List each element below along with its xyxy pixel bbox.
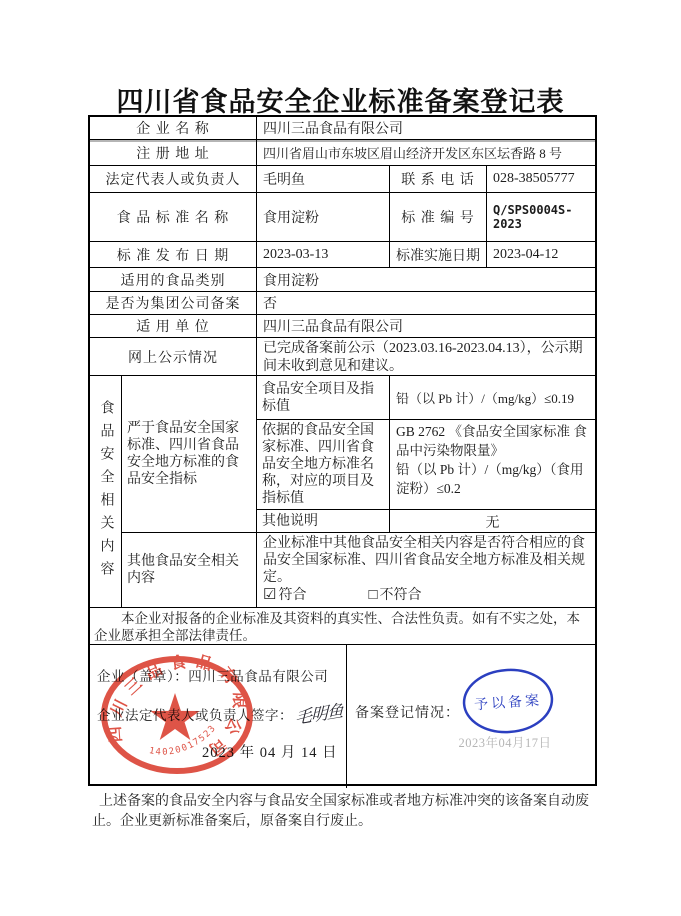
company-signoff-cell: 企业（盖章）：四川三品食品有限公司 企业法定代表人或负责人签字：毛明鱼 2023…: [90, 645, 347, 788]
food-category-label: 适用的食品类别: [90, 268, 257, 291]
approval-stamp-text: 予以备案: [474, 693, 543, 714]
rep-signature-line: 企业法定代表人或负责人签字：毛明鱼: [97, 700, 343, 725]
other-safety-text: 企业标准中其他食品安全相关内容是否符合相应的食品安全国家标准、四川省食品安全地方…: [263, 536, 585, 585]
table-row: 食 品 标 准 名 称 食用淀粉 标 准 编 号 Q/SPS0004S-2023: [90, 193, 595, 242]
publicity-value: 已完成备案前公示（2023.03.16-2023.04.13），公示期间未收到意…: [257, 338, 595, 375]
rep-signature-label: 企业法定代表人或负责人签字：: [97, 708, 293, 723]
safety-side-label: 食品安全相关内容: [96, 400, 116, 584]
checkbox-unchecked-icon: □: [368, 587, 377, 604]
phone-label: 联 系 电 话: [390, 166, 487, 192]
publish-date-label: 标 准 发 布 日 期: [90, 242, 257, 267]
basis-standard-line1: GB 2762 《食品安全国家标准 食品中污染物限量》: [396, 422, 589, 460]
standard-number-label: 标 准 编 号: [390, 193, 487, 241]
other-note-value: 无: [390, 510, 595, 533]
filing-date: 2023年04月17日: [450, 733, 560, 751]
page-title: 四川省食品安全企业标准备案登记表: [0, 80, 681, 119]
table-row: 注 册 地 址 四川省眉山市东坡区眉山经济开发区东区坛香路 8 号: [90, 140, 595, 166]
basis-standard-value: GB 2762 《食品安全国家标准 食品中污染物限量》 铅（以 Pb 计）/（m…: [390, 420, 595, 509]
company-name-value: 四川三品食品有限公司: [257, 117, 595, 139]
standard-name-label: 食 品 标 准 名 称: [90, 193, 257, 241]
basis-standard-line2: 铅（以 Pb 计）/（mg/kg）（食用淀粉）≤0.2: [396, 460, 589, 498]
implement-date-label: 标准实施日期: [390, 242, 487, 267]
safety-section-row: 食品安全相关内容 严于食品安全国家标准、四川省食品安全地方标准的食品安全指标 食…: [90, 376, 595, 608]
other-safety-label: 其他食品安全相关内容: [122, 533, 257, 607]
checkbox-checked-icon: ☑: [263, 587, 276, 604]
table-row: 网上公示情况 已完成备案前公示（2023.03.16-2023.04.13），公…: [90, 338, 595, 376]
basis-standard-label: 依据的食品安全国家标准、四川省食品安全地方标准名称，对应的项目及指标值: [257, 420, 390, 509]
legal-rep-value: 毛明鱼: [257, 166, 390, 192]
filing-result-cell: 备案登记情况： 予以备案 2023年04月17日: [347, 645, 595, 788]
publicity-label: 网上公示情况: [90, 338, 257, 375]
legal-rep-label: 法定代表人或负责人: [90, 166, 257, 192]
table-row: 适 用 单 位 四川三品食品有限公司: [90, 315, 595, 338]
applicable-unit-label: 适 用 单 位: [90, 315, 257, 337]
company-seal-label: 企业（盖章）：: [97, 669, 188, 684]
address-value: 四川省眉山市东坡区眉山经济开发区东区坛香路 8 号: [257, 140, 595, 165]
implement-date-value: 2023-04-12: [487, 242, 595, 267]
filing-status-label: 备案登记情况：: [355, 702, 460, 722]
safety-side-label-cell: 食品安全相关内容: [90, 376, 122, 607]
table-row: 标 准 发 布 日 期 2023-03-13 标准实施日期 2023-04-12: [90, 242, 595, 268]
phone-value: 028-38505777: [487, 166, 595, 192]
strict-indicator-label: 严于食品安全国家标准、四川省食品安全地方标准的食品安全指标: [122, 376, 257, 532]
rep-signature-handwriting: 毛明鱼: [295, 696, 343, 729]
group-filing-label: 是否为集团公司备案: [90, 292, 257, 314]
table-row: 适用的食品类别 食用淀粉: [90, 268, 595, 292]
safety-item-value: 铅（以 Pb 计）/（mg/kg）≤0.19: [390, 376, 595, 419]
standard-number-value: Q/SPS0004S-2023: [487, 193, 595, 241]
approval-stamp-icon: 予以备案: [458, 663, 559, 740]
company-seal-line: 企业（盖章）：四川三品食品有限公司: [97, 665, 328, 685]
group-filing-value: 否: [257, 292, 595, 314]
registration-table: 企 业 名 称 四川三品食品有限公司 注 册 地 址 四川省眉山市东坡区眉山经济…: [88, 115, 597, 786]
registration-form-page: 四川省食品安全企业标准备案登记表 企 业 名 称 四川三品食品有限公司 注 册 …: [0, 0, 681, 916]
signoff-row: 企业（盖章）：四川三品食品有限公司 企业法定代表人或负责人签字：毛明鱼 2023…: [90, 645, 595, 788]
declaration-text: 本企业对报备的企业标准及其资料的真实性、合法性负责。如有不实之处，本企业愿承担全…: [90, 608, 595, 644]
food-category-value: 食用淀粉: [257, 268, 595, 291]
table-row: 法定代表人或负责人 毛明鱼 联 系 电 话 028-38505777: [90, 166, 595, 193]
safety-item-label: 食品安全项目及指标值: [257, 376, 390, 419]
company-seal-company: 四川三品食品有限公司: [188, 669, 328, 684]
sign-date: 2023 年 04 月 14 日: [202, 741, 338, 762]
other-note-label: 其他说明: [257, 510, 390, 533]
check-no-label: 不符合: [380, 587, 422, 604]
publish-date-value: 2023-03-13: [257, 242, 390, 267]
company-name-label: 企 业 名 称: [90, 117, 257, 139]
declaration-row: 本企业对报备的企业标准及其资料的真实性、合法性负责。如有不实之处，本企业愿承担全…: [90, 608, 595, 645]
footer-note: 上述备案的食品安全内容与食品安全国家标准或者地方标准冲突的该备案自动废止。企业更…: [92, 792, 598, 832]
table-row: 企 业 名 称 四川三品食品有限公司: [90, 117, 595, 140]
address-label: 注 册 地 址: [90, 140, 257, 165]
conformity-checkline: ☑ 符合 □ 不符合: [263, 587, 589, 604]
table-row: 是否为集团公司备案 否: [90, 292, 595, 315]
applicable-unit-value: 四川三品食品有限公司: [257, 315, 595, 337]
standard-name-value: 食用淀粉: [257, 193, 390, 241]
check-yes-label: 符合: [278, 587, 306, 604]
other-safety-value-cell: 企业标准中其他食品安全相关内容是否符合相应的食品安全国家标准、四川省食品安全地方…: [257, 533, 595, 607]
